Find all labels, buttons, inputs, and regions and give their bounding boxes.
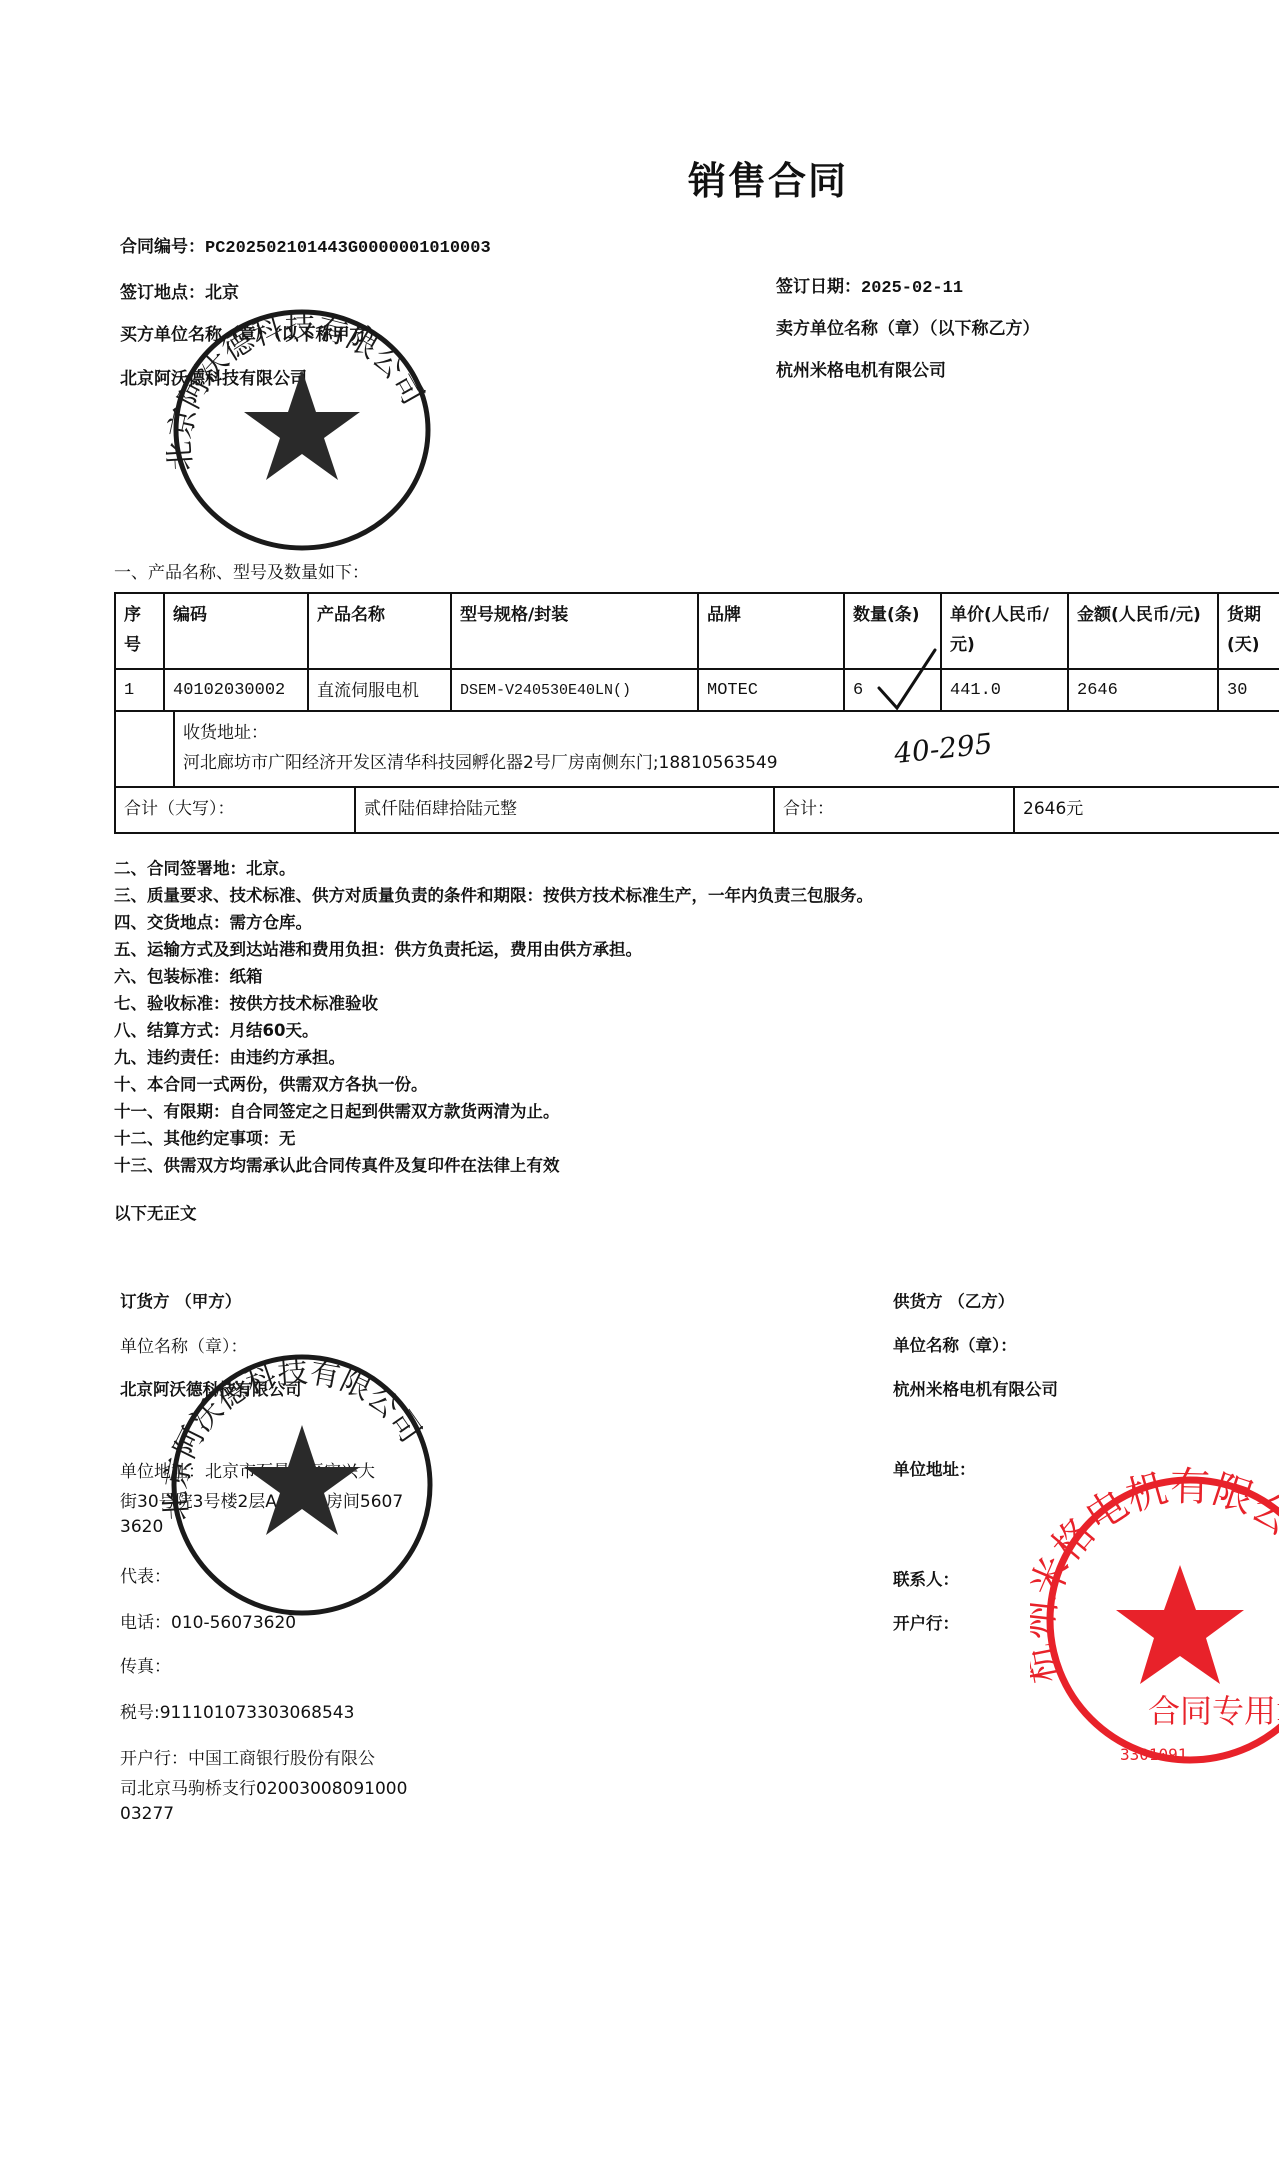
cell-amount: 2646 — [1067, 670, 1217, 712]
address-value: 河北廊坊市广阳经济开发区清华科技园孵化器2号厂房南侧东门;18810563549 — [183, 748, 1271, 778]
party-a-address-2: 街30号院3号楼2层A-0773房间5607 — [120, 1487, 403, 1512]
sign-place-label: 签订地点： — [120, 283, 205, 303]
document-title: 销售合同 — [688, 150, 848, 205]
clause-11: 十一、有限期：自合同签定之日起到供需双方款货两清为止。 — [114, 1098, 560, 1122]
cell-lead-days: 30 — [1217, 670, 1279, 712]
party-a-bank-3: 03277 — [120, 1804, 174, 1824]
party-b-contact: 联系人： — [893, 1566, 959, 1590]
table-row: 1 40102030002 直流伺服电机 DSEM-V240530E40LN()… — [114, 668, 1279, 712]
cell-unit-price: 441.0 — [940, 670, 1067, 712]
cell-model: DSEM-V240530E40LN() — [450, 670, 697, 712]
cell-brand: MOTEC — [697, 670, 843, 712]
contract-number: 合同编号：PC20250210144​3G0000001010003 — [120, 232, 491, 258]
sign-date-label: 签订日期： — [776, 277, 861, 297]
party-a-rep: 代表： — [120, 1562, 171, 1587]
sign-place-value: 北京 — [205, 283, 239, 303]
svg-text:3301091: 3301091 — [1120, 1745, 1187, 1764]
clause-6: 六、包装标准：纸箱 — [114, 963, 263, 987]
total-upper-label: 合计（大写）： — [114, 788, 354, 832]
cell-no: 1 — [114, 670, 163, 712]
clause-7: 七、验收标准：按供方技术标准验收 — [114, 990, 378, 1014]
header-cell: 型号规格/封装 — [450, 594, 697, 670]
party-b-unit-name: 杭州米格电机有限公司 — [893, 1376, 1058, 1400]
address-cell: 收货地址： 河北廊坊市广阳经济开发区清华科技园孵化器2号厂房南侧东门;18810… — [173, 712, 1279, 788]
header-cell: 编码 — [163, 594, 307, 670]
checkmark-icon — [875, 646, 937, 712]
header-cell: 产品名称 — [307, 594, 450, 670]
header-cell: 序号 — [114, 594, 163, 670]
total-value: 2646元 — [1013, 788, 1279, 832]
sign-place: 签订地点：北京 — [120, 278, 239, 303]
address-spacer — [114, 712, 173, 788]
end-note: 以下无正文 — [114, 1200, 197, 1224]
header-cell: 单价(人民币/元) — [940, 594, 1067, 670]
seller-name: 杭州米格电机有限公司 — [776, 356, 946, 381]
buyer-name: 北京阿沃德科技有限公司 — [120, 364, 307, 389]
cell-qty: 6 — [843, 670, 940, 712]
party-b-unit-label: 单位名称（章）： — [893, 1332, 1017, 1356]
header-cell: 品牌 — [697, 594, 843, 670]
party-a-bank-2: 司北京马驹桥支行02003008091000 — [120, 1774, 407, 1799]
clause-12: 十二、其他约定事项：无 — [114, 1125, 296, 1149]
seller-label: 卖方单位名称（章）（以下称乙方） — [776, 314, 1040, 339]
svg-text:杭州米格电机有限公司: 杭州米格电机有限公司 — [1030, 1464, 1279, 1687]
party-a-unit-name: 北京阿沃德科技有限公司 — [120, 1376, 302, 1400]
address-label: 收货地址： — [183, 718, 1271, 748]
party-a-phone: 电话：010-56073620 — [120, 1608, 296, 1633]
party-a-tax-no: 税号:911101073303068543 — [120, 1698, 354, 1723]
party-a-unit-label: 单位名称（章）： — [120, 1332, 248, 1357]
cell-code: 40102030002 — [163, 670, 307, 712]
table-header-row: 序号 编码 产品名称 型号规格/封装 品牌 数量(条) 单价(人民币/元) 金额… — [114, 592, 1279, 670]
total-label: 合计： — [773, 788, 1013, 832]
cell-name: 直流伺服电机 — [307, 670, 450, 712]
clause-5: 五、运输方式及到达站港和费用负担：供方负责托运，费用由供方承担。 — [114, 936, 642, 960]
contract-number-label: 合同编号： — [120, 237, 205, 257]
clause-10: 十、本合同一式两份，供需双方各执一份。 — [114, 1071, 428, 1095]
sign-date: 签订日期：2025-02-11 — [776, 272, 963, 298]
clause-4: 四、交货地点：需方仓库。 — [114, 909, 312, 933]
party-a-fax: 传真： — [120, 1652, 171, 1677]
total-row: 合计（大写）： 贰仟陆佰肆拾陆元整 合计： 2646元 — [114, 786, 1279, 834]
total-upper-value: 贰仟陆佰肆拾陆元整 — [354, 788, 773, 832]
party-a-address-1: 单位地址：北京市石景山区实兴大 — [120, 1457, 375, 1482]
clause-13: 十三、供需双方均需承认此合同传真件及复印件在法律上有效 — [114, 1152, 560, 1176]
clause-2: 二、合同签署地：北京。 — [114, 855, 296, 879]
party-a-bank-1: 开户行：中国工商银行股份有限公 — [120, 1744, 375, 1769]
qty-value: 6 — [853, 681, 863, 700]
clause-9: 九、违约责任：由违约方承担。 — [114, 1044, 345, 1068]
clause-8: 八、结算方式：月结60天。 — [114, 1017, 318, 1041]
clause-3: 三、质量要求、技术标准、供方对质量负责的条件和期限：按供方技术标准生产，一年内负… — [114, 882, 873, 906]
section1-title: 一、产品名称、型号及数量如下： — [114, 558, 369, 583]
party-a-title: 订货方 （甲方） — [120, 1288, 241, 1312]
party-b-address: 单位地址： — [893, 1456, 976, 1480]
address-row: 收货地址： 河北廊坊市广阳经济开发区清华科技园孵化器2号厂房南侧东门;18810… — [114, 710, 1279, 788]
header-cell: 货期(天) — [1217, 594, 1279, 670]
party-b-title: 供货方 （乙方） — [893, 1288, 1014, 1312]
seller-company-seal-icon: 杭州米格电机有限公司 合同专用章（1） 3301091 — [1030, 1460, 1279, 1780]
party-b-bank: 开户行： — [893, 1610, 959, 1634]
party-a-address-3: 3620 — [120, 1517, 163, 1537]
header-cell: 金额(人民币/元) — [1067, 594, 1217, 670]
buyer-label: 买方单位名称（章）（以下称甲方） — [120, 320, 384, 345]
sign-date-value: 2025-02-11 — [861, 279, 963, 298]
contract-number-value: PC20250210144​3G0000001010003 — [205, 239, 491, 258]
svg-text:合同专用章（1）: 合同专用章（1） — [1148, 1692, 1279, 1730]
